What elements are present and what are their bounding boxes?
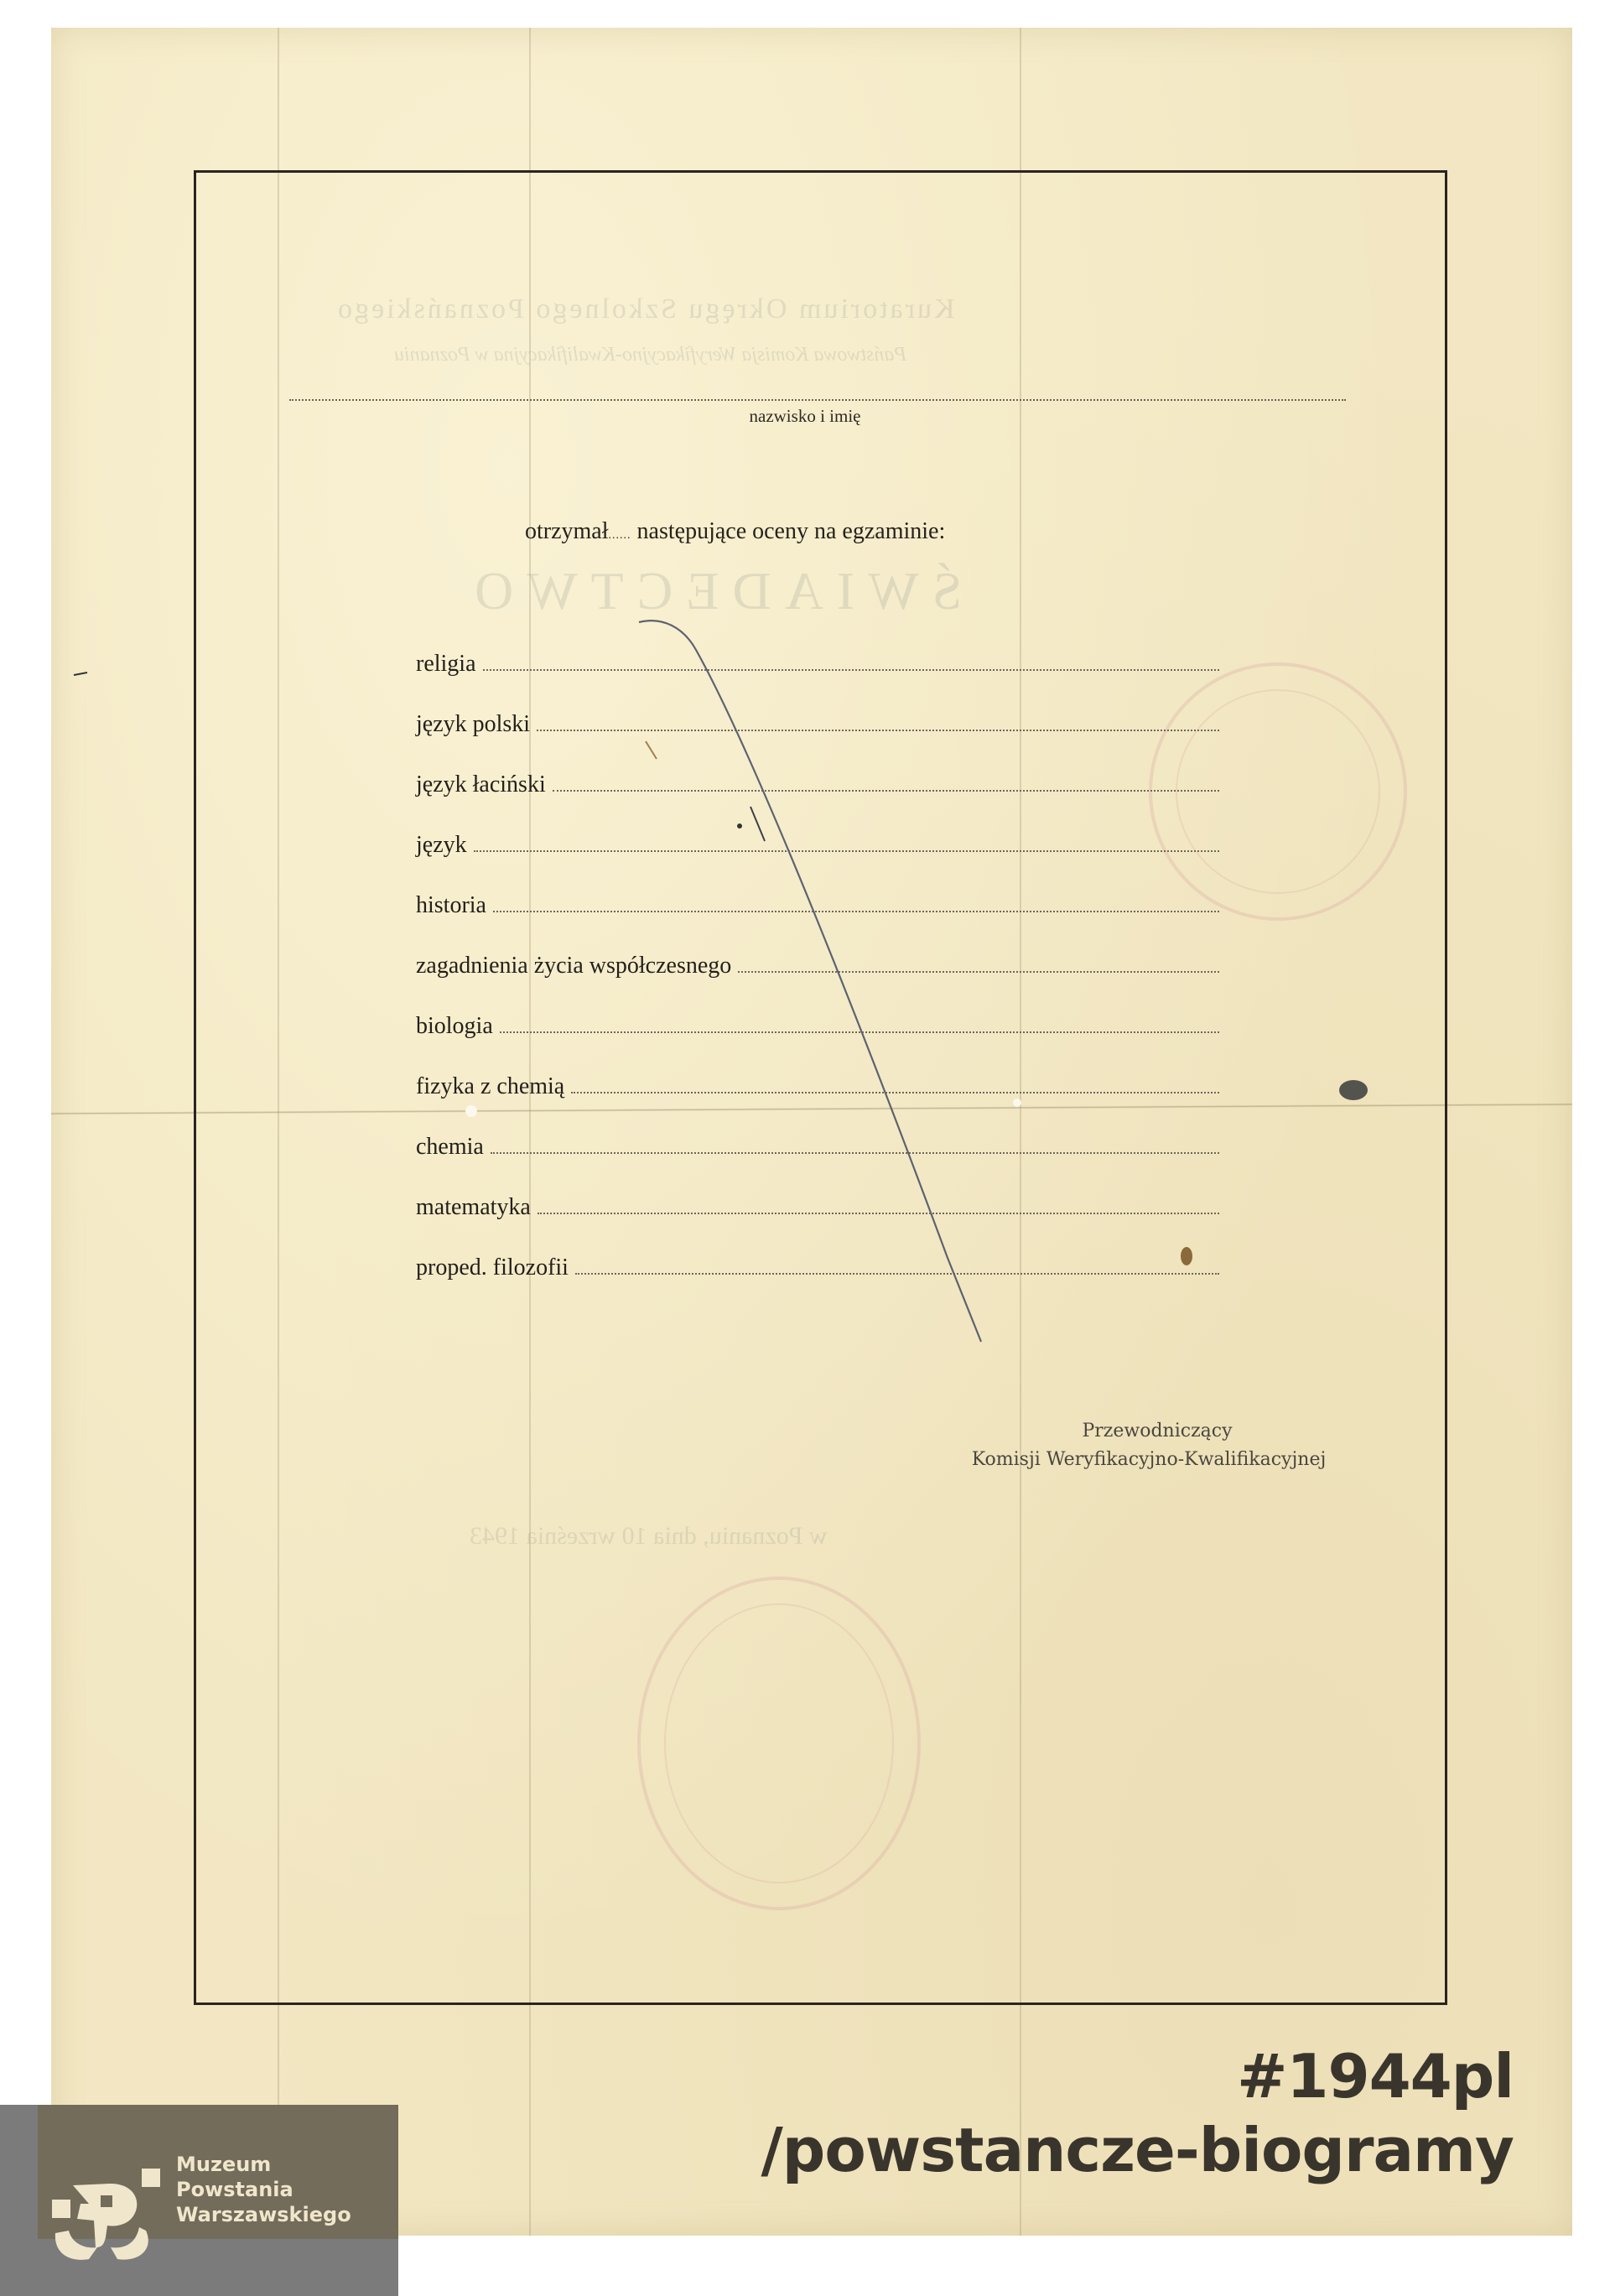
grade-field[interactable] [538,1213,1219,1214]
subject-row-zagadnienia: zagadnienia życia współczesnego [416,948,1219,979]
grade-field[interactable] [493,911,1219,912]
subject-row-religia: religia [416,646,1219,678]
subject-label: fizyka z chemią [416,1073,564,1100]
logo-line-2: Powstania [176,2177,351,2202]
intro-dots: ...... [609,529,631,542]
grade-field[interactable] [483,669,1219,671]
pinhole [465,1105,477,1117]
subject-label: religia [416,651,476,678]
signature-title: Przewodniczący [906,1417,1392,1446]
signature-body: Komisji Weryfikacyjno-Kwalifikacyjnej [906,1446,1392,1474]
grade-field[interactable] [738,971,1219,973]
stain-spot [1181,1247,1192,1265]
hashtag-line-1: #1944pl [761,2039,1514,2113]
subject-label: język polski [416,711,530,738]
subject-label: matematyka [416,1194,531,1221]
subject-label: chemia [416,1134,484,1161]
subject-row-jezyk: język [416,827,1219,859]
museum-logo[interactable]: Muzeum Powstania Warszawskiego [0,2105,398,2296]
subject-row-fizyka: fizyka z chemią [416,1068,1219,1100]
logo-line-1: Muzeum [176,2152,351,2177]
subject-label: biologia [416,1013,493,1040]
kotwica-anchor-icon [52,2137,161,2262]
grade-field[interactable] [575,1273,1219,1275]
logo-text: Muzeum Powstania Warszawskiego [176,2152,351,2227]
name-field-label: nazwisko i imię [0,406,1610,427]
intro-line: otrzymał...... następujące oceny na egza… [525,518,945,545]
subject-row-jezyk-polski: język polski [416,706,1219,738]
subject-label: zagadnienia życia współczesnego [416,953,731,979]
subject-label: proped. filozofii [416,1254,569,1281]
intro-prefix: otrzymał [525,518,609,544]
logo-line-3: Warszawskiego [176,2202,351,2227]
signature-block: Przewodniczący Komisji Weryfikacyjno-Kwa… [906,1417,1392,1474]
subject-row-matematyka: matematyka [416,1189,1219,1221]
grade-field[interactable] [571,1092,1219,1093]
grade-field[interactable] [474,850,1219,852]
subject-label: język [416,832,467,859]
subject-row-historia: historia [416,887,1219,919]
hashtag-watermark: #1944pl /powstancze-biogramy [761,2039,1514,2187]
name-field-line[interactable] [289,399,1346,401]
pinhole [1013,1099,1021,1107]
subject-row-biologia: biologia [416,1008,1219,1040]
hashtag-line-2: /powstancze-biogramy [761,2113,1514,2187]
subject-label: język łaciński [416,771,546,798]
grade-field[interactable] [537,730,1219,731]
ink-blot [1339,1080,1368,1100]
grade-field[interactable] [500,1031,1219,1033]
subject-row-chemia: chemia [416,1129,1219,1161]
subject-label: historia [416,892,486,919]
subject-row-filozofia: proped. filozofii [416,1249,1219,1281]
grade-field[interactable] [491,1152,1219,1154]
subject-row-jezyk-lacinski: język łaciński [416,766,1219,798]
grade-field[interactable] [553,790,1219,792]
intro-suffix: następujące oceny na egzaminie: [637,518,946,544]
